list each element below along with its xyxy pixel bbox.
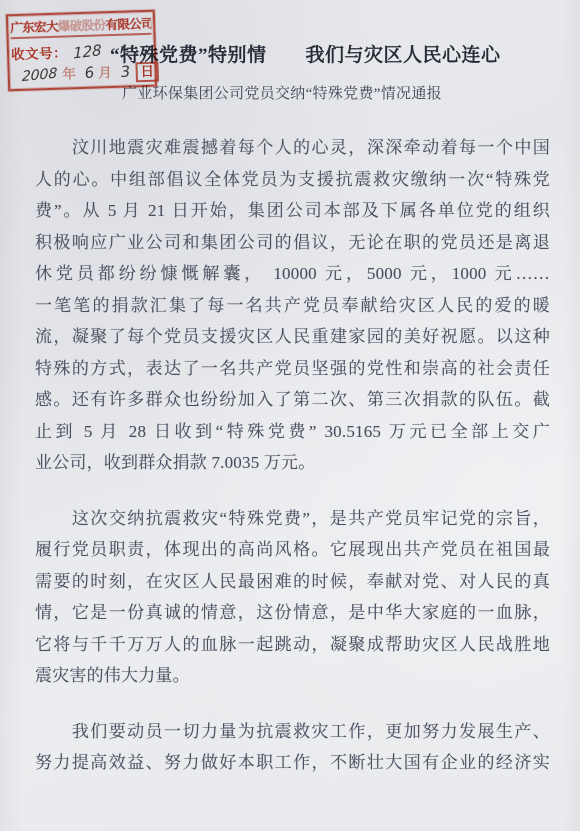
text-line: 汶川地震灾难震撼着每个人的心灵，深深牵动着每一个中国 xyxy=(35,132,550,164)
stamp-month-label: 月 xyxy=(98,65,112,80)
text-line: 休党员都纷纷慷慨解囊， 10000 元，5000 元，1000 元…… xyxy=(35,258,550,290)
handwritten-day: 3 xyxy=(120,62,131,81)
text-line: 一笔笔的捐款汇集了每一名共产党员奉献给灾区人民的爱的暖 xyxy=(35,290,550,322)
scanned-document-page: 广东宏大爆破股份有限公司 收文号：128 2008年6月3日 “特殊党费”特别情… xyxy=(0,0,580,831)
text-line: 我们要动员一切力量为抗震救灾工作，更加努力发展生产、 xyxy=(35,716,550,748)
text-line: 这次交纳抗震救灾“特殊党费”，是共产党员牢记党的宗旨， xyxy=(35,503,550,535)
text-line: 感。还有许多群众也纷纷加入了第二次、第三次捐款的队伍。截 xyxy=(35,384,550,416)
paragraph: 我们要动员一切力量为抗震救灾工作，更加努力发展生产、努力提高效益、努力做好本职工… xyxy=(35,716,550,779)
paragraph: 汶川地震灾难震撼着每个人的心灵，深深牵动着每一个中国人的心。中组部倡议全体党员为… xyxy=(35,132,550,479)
handwritten-year: 2008 xyxy=(22,65,58,85)
stamp-company-left: 广东宏大 xyxy=(10,20,58,35)
stamp-year-label: 年 xyxy=(62,66,76,81)
document-body: 汶川地震灾难震撼着每个人的心灵，深深牵动着每一个中国人的心。中组部倡议全体党员为… xyxy=(35,132,550,779)
handwritten-doc-number: 128 xyxy=(73,41,102,62)
stamp-date-row: 2008年6月3日 xyxy=(11,60,155,86)
paragraph: 这次交纳抗震救灾“特殊党费”，是共产党员牢记党的宗旨，履行党员职责，体现出的高尚… xyxy=(35,503,550,692)
text-line: 需要的时刻，在灾区人民最困难的时候，奉献对党、对人民的真 xyxy=(35,566,550,598)
document-subtitle: 广业环保集团公司党员交纳“特殊党费”情况通报 xyxy=(122,83,580,105)
text-line: 情，它是一份真诚的情意，这份情意，是中华大家庭的一血脉， xyxy=(35,597,550,629)
stamp-company-right: 有限公司 xyxy=(105,17,151,32)
text-line: 止到 5 月 28 日收到“特殊党费” 30.5165 万元已全部上交广 xyxy=(35,416,550,448)
text-line: 它将与千千万万人的血脉一起跳动，凝聚成帮助灾区人民战胜地 xyxy=(35,629,550,661)
stamp-day-label: 日 xyxy=(135,62,159,83)
text-line: 震灾害的伟大力量。 xyxy=(35,660,550,692)
text-line: 费”。从 5 月 21 日开始，集团公司本部及下属各单位党的组织 xyxy=(35,195,550,227)
handwritten-month: 6 xyxy=(84,63,96,82)
text-line: 积极响应广业公司和集团公司的倡议，无论在职的党员还是离退 xyxy=(35,227,550,259)
stamp-company-mid: 爆破股份 xyxy=(58,18,106,33)
text-line: 履行党员职责，体现出的高尚风格。它展现出共产党员在祖国最 xyxy=(35,534,550,566)
stamp-doc-number-label: 收文号： xyxy=(11,45,67,62)
text-line: 人的心。中组部倡议全体党员为支援抗震救灾缴纳一次“特殊党 xyxy=(35,164,550,196)
stamp-company-name: 广东宏大爆破股份有限公司 xyxy=(10,14,152,39)
text-line: 业公司，收到群众捐款 7.0035 万元。 xyxy=(35,447,550,479)
received-document-stamp: 广东宏大爆破股份有限公司 收文号：128 2008年6月3日 xyxy=(6,10,157,92)
document-title: “特殊党费”特别情 我们与灾区人民心连心 xyxy=(110,41,580,71)
text-line: 特殊的方式，表达了一名共产党员坚强的党性和崇高的社会责任 xyxy=(35,353,550,385)
text-line: 努力提高效益、努力做好本职工作，不断壮大国有企业的经济实 xyxy=(35,747,550,779)
text-line: 流，凝聚了每个党员支援灾区人民重建家园的美好祝愿。以这种 xyxy=(35,321,550,353)
